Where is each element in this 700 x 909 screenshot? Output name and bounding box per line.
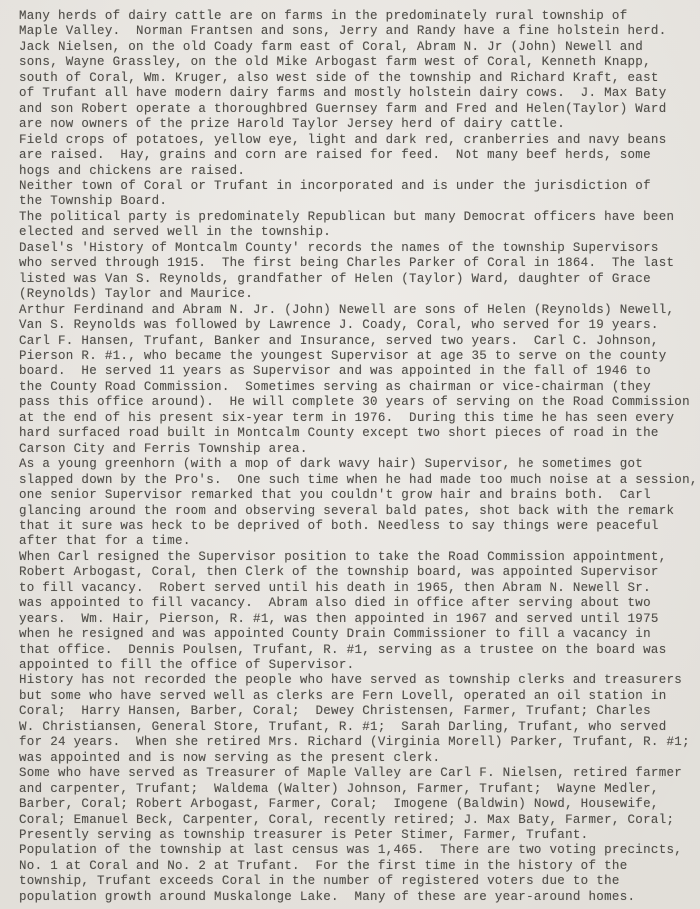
text-line: hogs and chickens are raised. — [19, 164, 696, 179]
text-line: after that for a time. — [19, 534, 696, 549]
text-line: Carl F. Hansen, Trufant, Banker and Insu… — [19, 334, 696, 349]
text-line: No. 1 at Coral and No. 2 at Trufant. For… — [19, 859, 696, 874]
text-line: board. He served 11 years as Supervisor … — [19, 364, 696, 379]
text-line: south of Coral, Wm. Kruger, also west si… — [19, 71, 696, 86]
text-line: hard surfaced road built in Montcalm Cou… — [19, 426, 696, 441]
text-line: that office. Dennis Poulsen, Trufant, R.… — [19, 643, 696, 658]
text-line: Population of the township at last censu… — [19, 843, 696, 858]
text-line: (Reynolds) Taylor and Maurice. — [19, 287, 696, 302]
text-line: when he resigned and was appointed Count… — [19, 627, 696, 642]
text-line: Field crops of potatoes, yellow eye, lig… — [19, 133, 696, 148]
text-line: Jack Nielsen, on the old Coady farm east… — [19, 40, 696, 55]
text-line: Dasel's 'History of Montcalm County' rec… — [19, 241, 696, 256]
text-line: Robert Arbogast, Coral, then Clerk of th… — [19, 565, 696, 580]
text-line: elected and served well in the township. — [19, 225, 696, 240]
text-line: Carson City and Ferris Township area. — [19, 442, 696, 457]
text-line: to fill vacancy. Robert served until his… — [19, 581, 696, 596]
text-line: of Trufant all have modern dairy farms a… — [19, 86, 696, 101]
text-line: sons, Wayne Grassley, on the old Mike Ar… — [19, 55, 696, 70]
text-line: Maple Valley. Norman Frantsen and sons, … — [19, 24, 696, 39]
text-line: When Carl resigned the Supervisor positi… — [19, 550, 696, 565]
text-line: township, Trufant exceeds Coral in the n… — [19, 874, 696, 889]
text-line: Arthur Ferdinand and Abram N. Jr. (John)… — [19, 303, 696, 318]
text-line: Pierson R. #1., who became the youngest … — [19, 349, 696, 364]
text-line: The political party is predominately Rep… — [19, 210, 696, 225]
text-line: As a young greenhorn (with a mop of dark… — [19, 457, 696, 472]
text-line: W. Christiansen, General Store, Trufant,… — [19, 720, 696, 735]
text-line: was appointed and is now serving as the … — [19, 751, 696, 766]
text-line: pass this office around). He will comple… — [19, 395, 696, 410]
text-line: Van S. Reynolds was followed by Lawrence… — [19, 318, 696, 333]
text-line: at the end of his present six-year term … — [19, 411, 696, 426]
text-line: population growth around Muskalonge Lake… — [19, 890, 696, 905]
text-line: Barber, Coral; Robert Arbogast, Farmer, … — [19, 797, 696, 812]
text-line: History has not recorded the people who … — [19, 673, 696, 688]
text-line: and son Robert operate a thoroughbred Gu… — [19, 102, 696, 117]
text-line: but some who have served well as clerks … — [19, 689, 696, 704]
text-line: Neither town of Coral or Trufant in inco… — [19, 179, 696, 194]
document-page: Many herds of dairy cattle are on farms … — [0, 0, 700, 909]
text-line: are raised. Hay, grains and corn are rai… — [19, 148, 696, 163]
text-line: was appointed to fill vacancy. Abram als… — [19, 596, 696, 611]
text-line: Coral; Harry Hansen, Barber, Coral; Dewe… — [19, 704, 696, 719]
text-line: are now owners of the prize Harold Taylo… — [19, 117, 696, 132]
text-line: who served through 1915. The first being… — [19, 256, 696, 271]
text-line: years. Wm. Hair, Pierson, R. #1, was the… — [19, 612, 696, 627]
text-line: glancing around the room and observing s… — [19, 504, 696, 519]
text-line: for 24 years. When she retired Mrs. Rich… — [19, 735, 696, 750]
text-line: Coral; Emanuel Beck, Carpenter, Coral, r… — [19, 813, 696, 828]
text-line: the Township Board. — [19, 194, 696, 209]
text-line: appointed to fill the office of Supervis… — [19, 658, 696, 673]
text-line: one senior Supervisor remarked that you … — [19, 488, 696, 503]
text-line: that it sure was heck to be deprived of … — [19, 519, 696, 534]
text-line: Many herds of dairy cattle are on farms … — [19, 9, 696, 24]
text-line: and carpenter, Trufant; Waldema (Walter)… — [19, 782, 696, 797]
document-text: Many herds of dairy cattle are on farms … — [19, 9, 696, 905]
text-line: Some who have served as Treasurer of Map… — [19, 766, 696, 781]
text-line: listed was Van S. Reynolds, grandfather … — [19, 272, 696, 287]
text-line: slapped down by the Pro's. One such time… — [19, 473, 696, 488]
text-line: the County Road Commission. Sometimes se… — [19, 380, 696, 395]
text-line: Presently serving as township treasurer … — [19, 828, 696, 843]
